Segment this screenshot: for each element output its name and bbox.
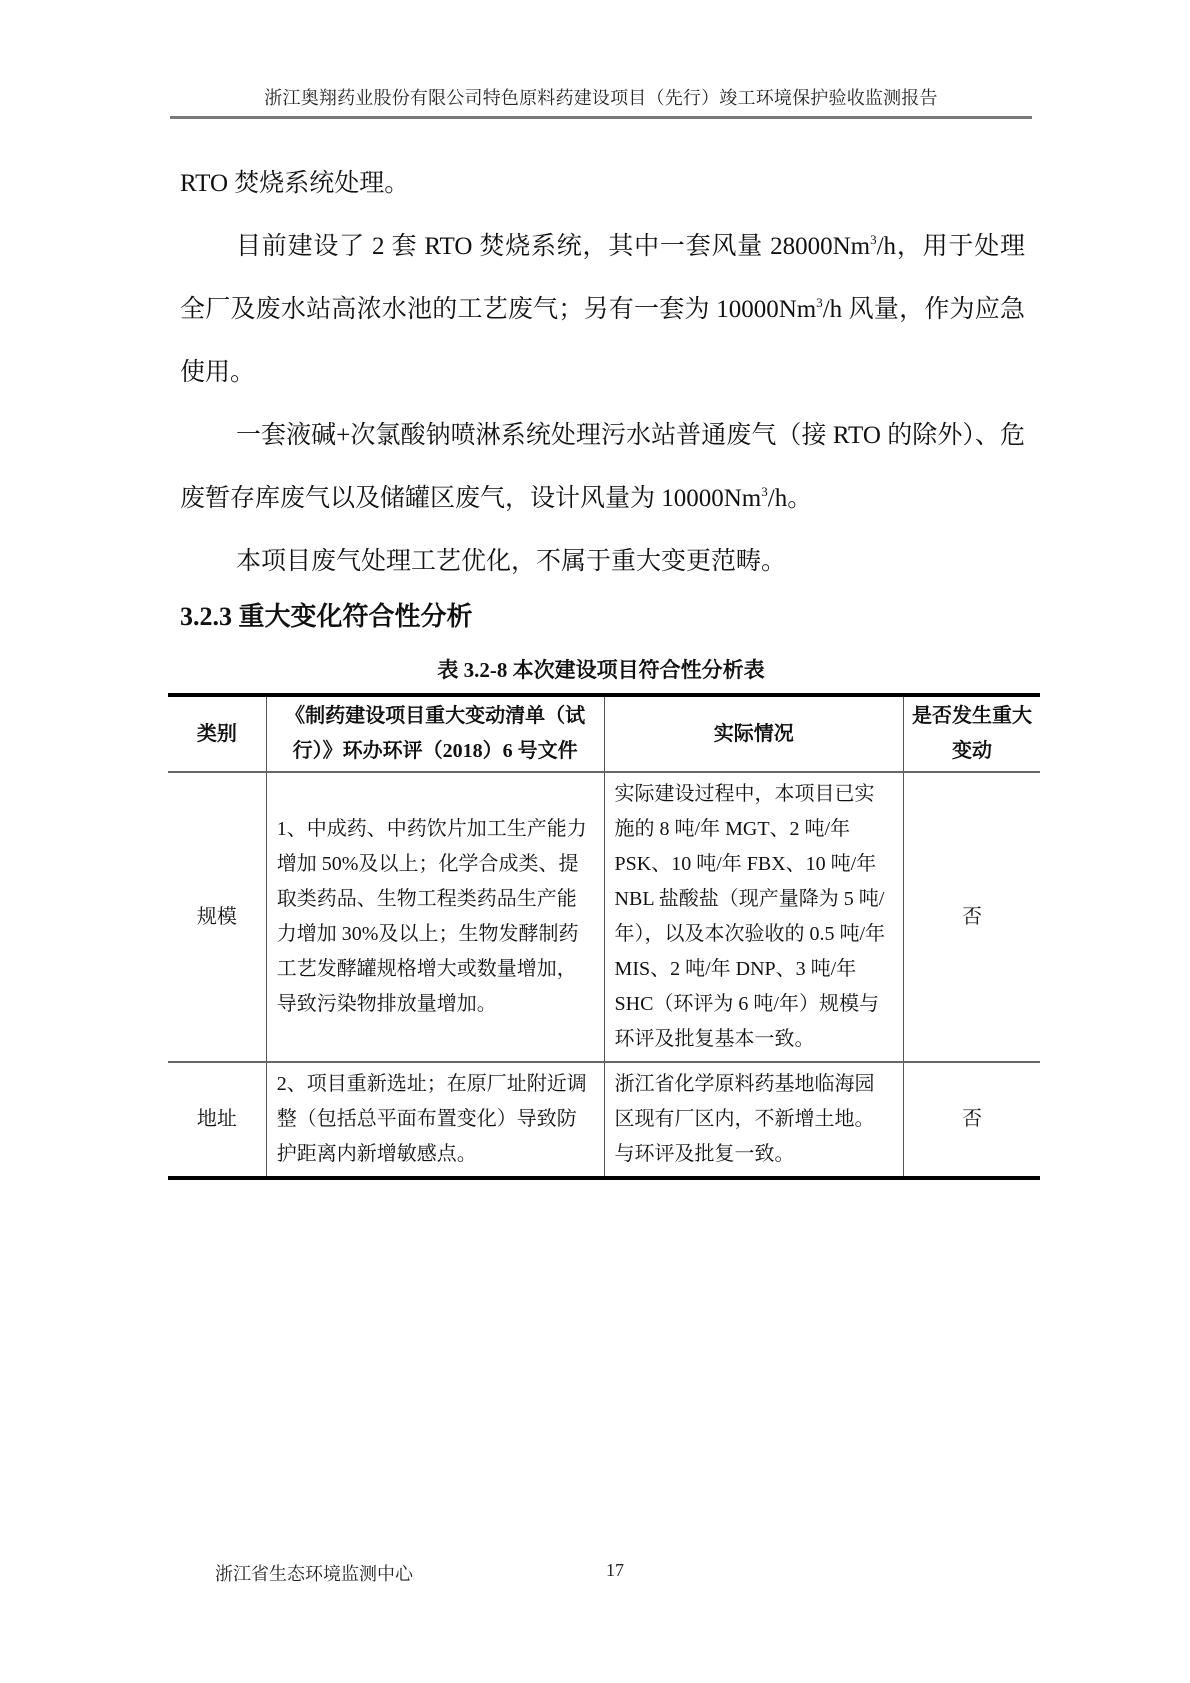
- cell-major-change: 否: [904, 772, 1040, 1062]
- cell-actual: 实际建设过程中，本项目已实施的 8 吨/年 MGT、2 吨/年 PSK、10 吨…: [604, 772, 903, 1062]
- cell-actual: 浙江省化学原料药基地临海园区现有厂区内，不新增土地。与环评及批复一致。: [604, 1062, 903, 1178]
- body-text: RTO 焚烧系统处理。 目前建设了 2 套 RTO 焚烧系统，其中一套风量 28…: [180, 152, 1025, 593]
- table-header-row: 类别 《制药建设项目重大变动清单（试行）》环办环评（2018）6 号文件 实际情…: [168, 695, 1040, 772]
- paragraph-2-part-a: 目前建设了 2 套 RTO 焚烧系统，其中一套风量 28000Nm: [236, 233, 870, 260]
- compliance-table: 类别 《制药建设项目重大变动清单（试行）》环办环评（2018）6 号文件 实际情…: [168, 693, 1040, 1180]
- header-actual: 实际情况: [604, 695, 903, 772]
- footer-organization: 浙江省生态环境监测中心: [215, 1560, 413, 1586]
- cell-rule: 1、中成药、中药饮片加工生产能力增加 50%及以上；化学合成类、提取类药品、生物…: [266, 772, 604, 1062]
- paragraph-2: 目前建设了 2 套 RTO 焚烧系统，其中一套风量 28000Nm3/h，用于处…: [180, 215, 1025, 404]
- paragraph-3-part-a: 一套液碱+次氯酸钠喷淋系统处理污水站普通废气（接 RTO 的除外）、危废暂存库废…: [180, 422, 1025, 512]
- paragraph-4: 本项目废气处理工艺优化，不属于重大变更范畴。: [180, 530, 1025, 593]
- header-rule: [170, 116, 1032, 119]
- paragraph-1: RTO 焚烧系统处理。: [180, 152, 1025, 215]
- paragraph-3-part-b: /h。: [768, 485, 812, 512]
- cell-major-change: 否: [904, 1062, 1040, 1178]
- cell-category: 地址: [168, 1062, 266, 1178]
- cell-category: 规模: [168, 772, 266, 1062]
- header-rule: 《制药建设项目重大变动清单（试行）》环办环评（2018）6 号文件: [266, 695, 604, 772]
- paragraph-3: 一套液碱+次氯酸钠喷淋系统处理污水站普通废气（接 RTO 的除外）、危废暂存库废…: [180, 404, 1025, 530]
- section-heading: 3.2.3 重大变化符合性分析: [180, 596, 473, 633]
- header-major-change: 是否发生重大变动: [904, 695, 1040, 772]
- header-category: 类别: [168, 695, 266, 772]
- table-row: 规模 1、中成药、中药饮片加工生产能力增加 50%及以上；化学合成类、提取类药品…: [168, 772, 1040, 1062]
- table-caption: 表 3.2-8 本次建设项目符合性分析表: [170, 654, 1032, 684]
- cell-rule: 2、项目重新选址；在原厂址附近调整（包括总平面布置变化）导致防护距离内新增敏感点…: [266, 1062, 604, 1178]
- running-header: 浙江奥翔药业股份有限公司特色原料药建设项目（先行）竣工环境保护验收监测报告: [170, 84, 1032, 110]
- page-number: 17: [606, 1560, 624, 1581]
- table-row: 地址 2、项目重新选址；在原厂址附近调整（包括总平面布置变化）导致防护距离内新增…: [168, 1062, 1040, 1178]
